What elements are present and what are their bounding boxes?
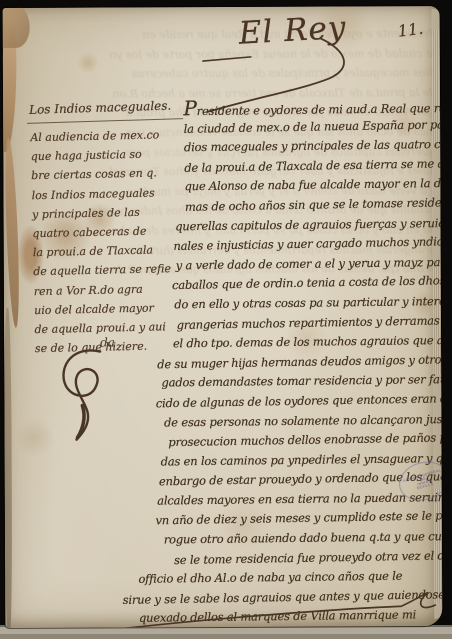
margin-note-underline xyxy=(27,118,183,124)
binding-tear xyxy=(3,6,30,48)
document-body-text: Presidente e oydores de mi aud.a Real qu… xyxy=(183,96,442,628)
manuscript-page: Presidente e oydores de mi aud.a Real qu… xyxy=(3,6,443,628)
archive-stamp-text: ARCHIVO GENERALDEINDIASSEVILLA xyxy=(403,469,443,494)
binding-tear xyxy=(4,308,12,628)
margin-note-title: Los Indios maceguales. xyxy=(29,98,185,117)
binding-tear xyxy=(3,22,19,153)
folio-number: 11. xyxy=(397,19,425,41)
margin-note-line: de aquella tierra se refie xyxy=(33,259,185,282)
binding-tear xyxy=(3,138,21,328)
margin-note-text: Al audiencia de mex.coque haga justicia … xyxy=(30,125,187,359)
manuscript-scan: { "page": { "header": { "title": "El Rey… xyxy=(0,0,452,639)
closing-flourish xyxy=(101,582,442,628)
rubric-signature-flourish xyxy=(52,343,122,443)
